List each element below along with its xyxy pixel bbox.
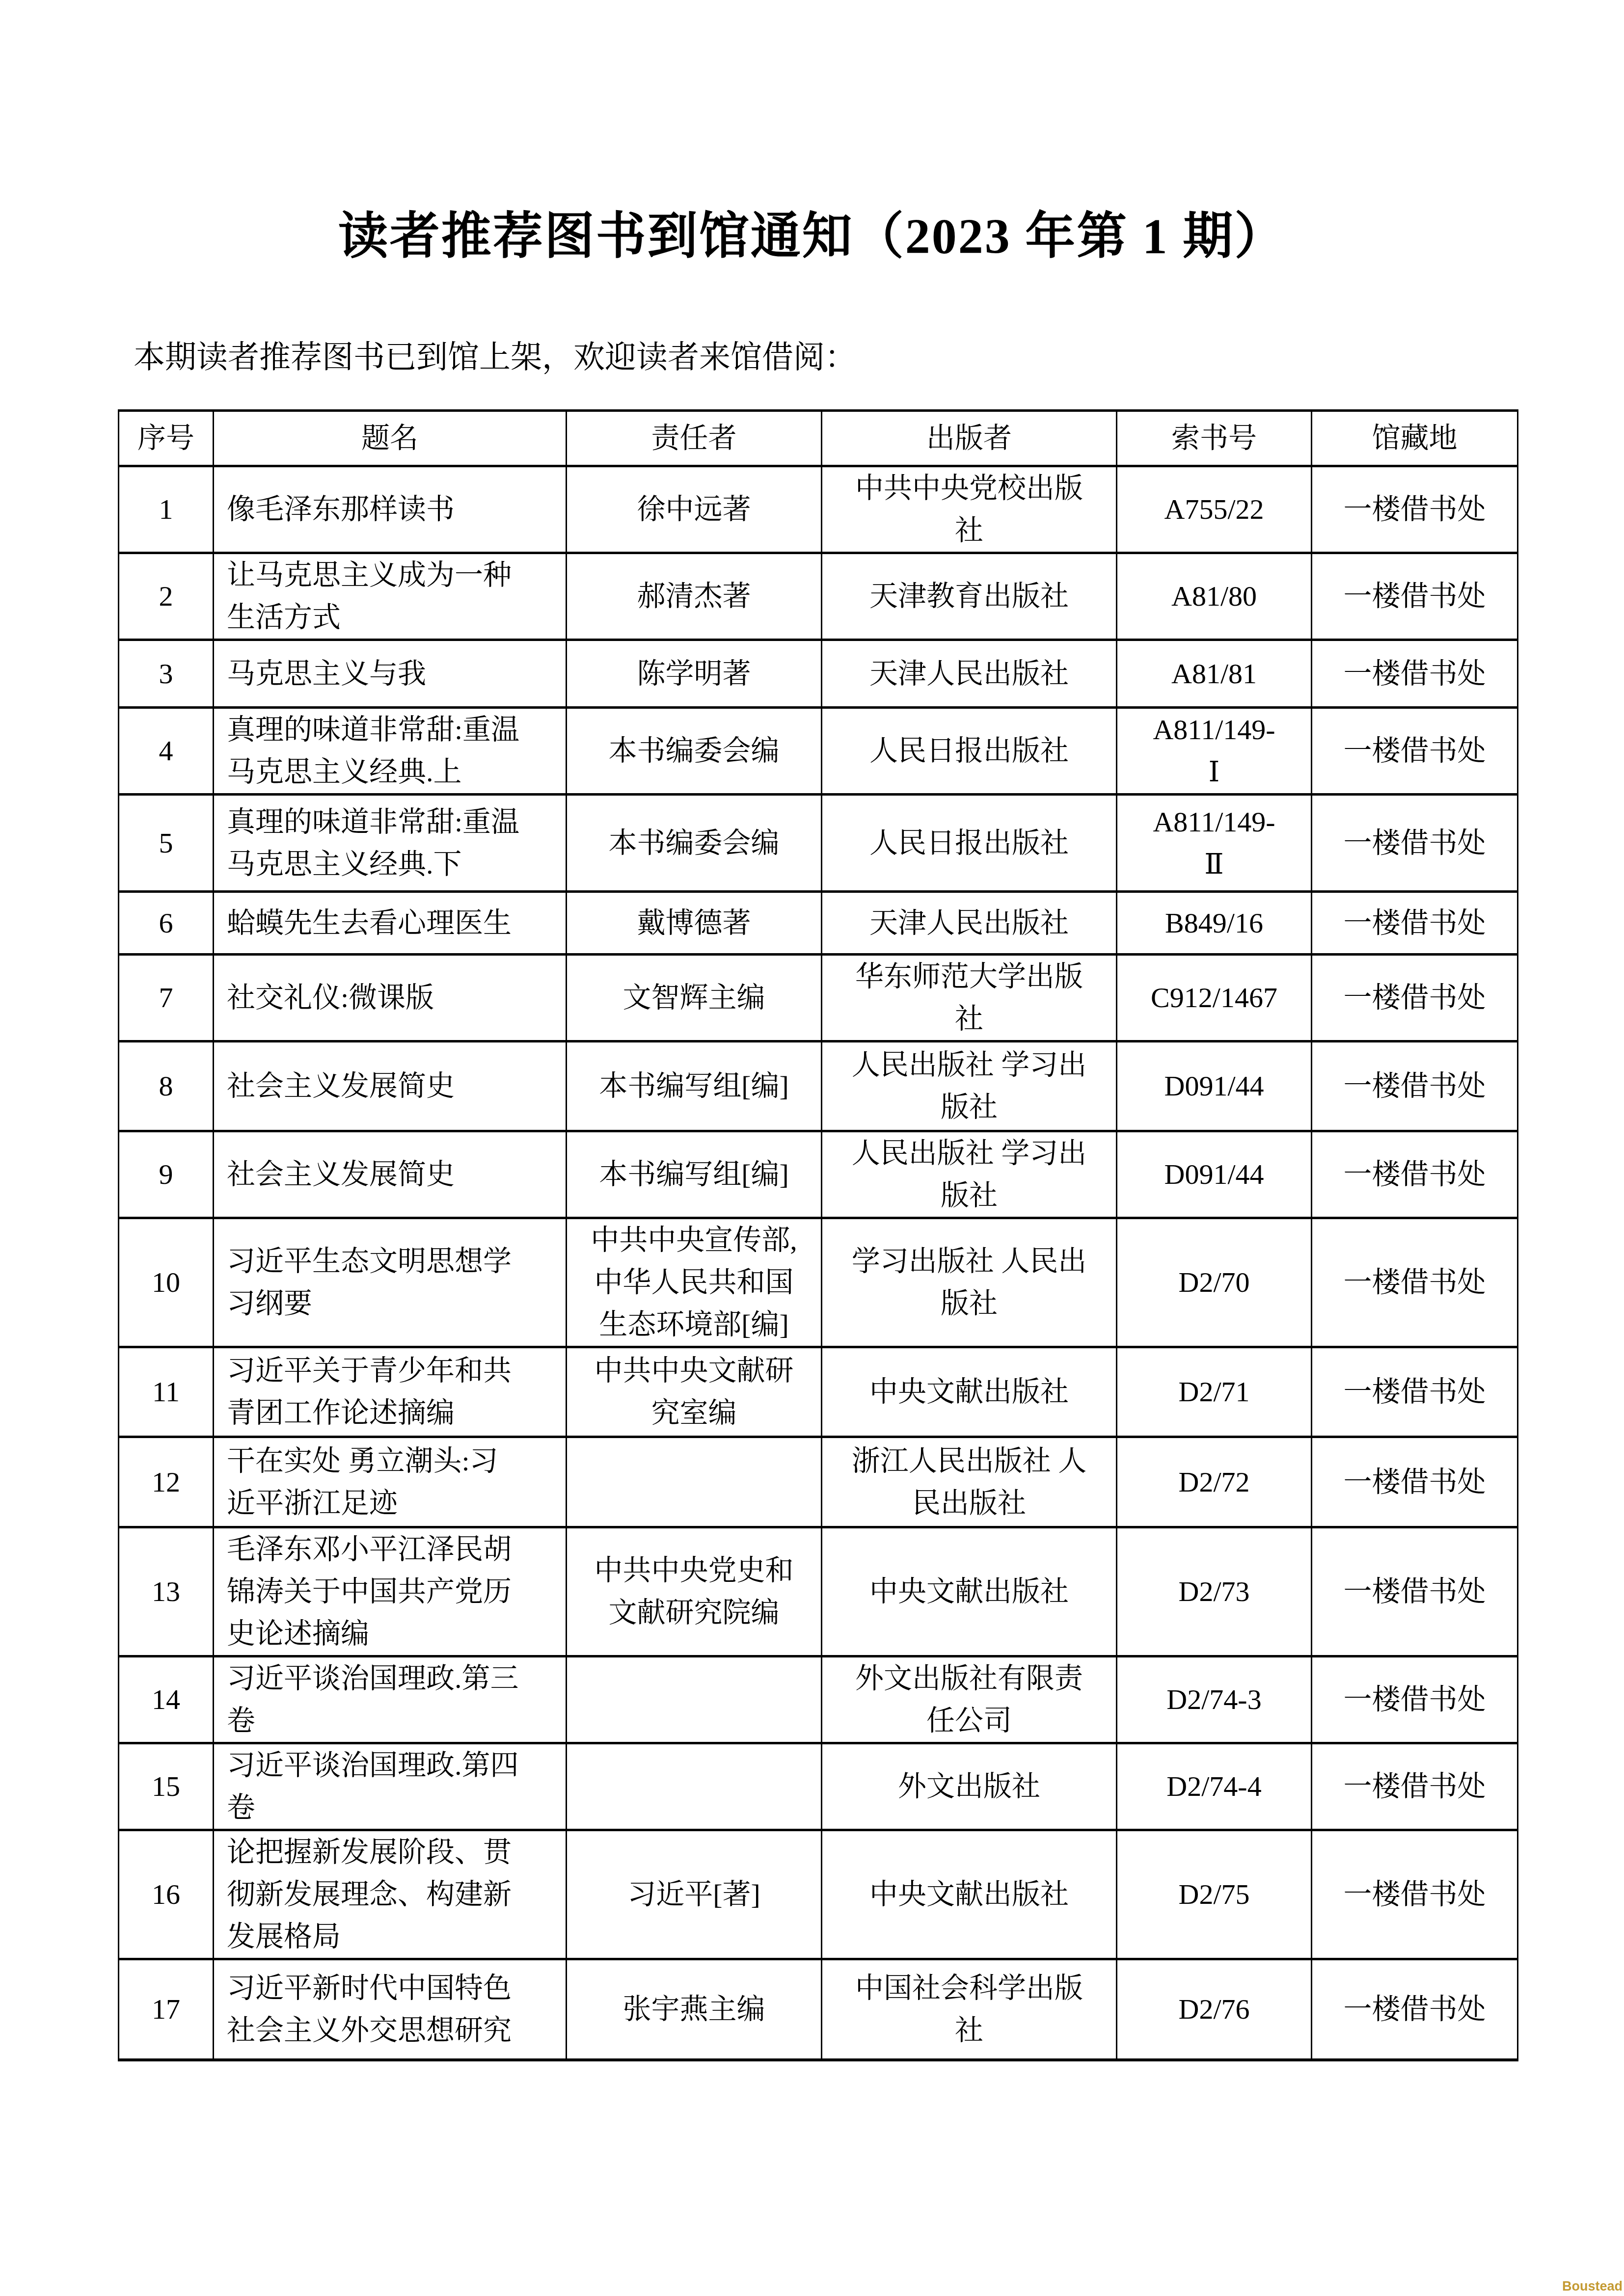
cell-serial-number: 11 bbox=[119, 1347, 214, 1437]
cell-serial-number: 1 bbox=[119, 466, 214, 553]
cell-title: 蛤蟆先生去看心理医生 bbox=[214, 892, 567, 955]
cell-serial-number: 3 bbox=[119, 640, 214, 708]
cell-call-number: D2/76 bbox=[1117, 1959, 1312, 2060]
cell-title: 让马克思主义成为一种 生活方式 bbox=[214, 553, 567, 640]
cell-call-number: A81/80 bbox=[1117, 553, 1312, 640]
table-row: 14习近平谈治国理政.第三 卷外文出版社有限责 任公司D2/74-3一楼借书处 bbox=[119, 1656, 1518, 1743]
header-cell-title: 题名 bbox=[214, 411, 567, 466]
cell-location: 一楼借书处 bbox=[1312, 795, 1518, 892]
table-row: 1像毛泽东那样读书徐中远著中共中央党校出版 社A755/22一楼借书处 bbox=[119, 466, 1518, 553]
cell-call-number: D2/75 bbox=[1117, 1830, 1312, 1959]
cell-location: 一楼借书处 bbox=[1312, 1656, 1518, 1743]
recommended-books-table: 序号 题名 责任者 出版者 索书号 馆藏地 1像毛泽东那样读书徐中远著中共中央党… bbox=[118, 409, 1518, 2061]
cell-author: 习近平[著] bbox=[567, 1830, 822, 1959]
table-row: 17习近平新时代中国特色 社会主义外交思想研究张宇燕主编中国社会科学出版 社D2… bbox=[119, 1959, 1518, 2060]
cell-title: 习近平关于青少年和共 青团工作论述摘编 bbox=[214, 1347, 567, 1437]
table-row: 8社会主义发展简史本书编写组[编]人民出版社 学习出 版社D091/44一楼借书… bbox=[119, 1041, 1518, 1131]
cell-author: 中共中央文献研 究室编 bbox=[567, 1347, 822, 1437]
cell-publisher: 华东师范大学出版 社 bbox=[822, 955, 1117, 1041]
cell-publisher: 人民日报出版社 bbox=[822, 708, 1117, 795]
cell-serial-number: 9 bbox=[119, 1131, 214, 1218]
cell-title: 习近平谈治国理政.第三 卷 bbox=[214, 1656, 567, 1743]
cell-title: 习近平生态文明思想学 习纲要 bbox=[214, 1218, 567, 1347]
cell-call-number: A81/81 bbox=[1117, 640, 1312, 708]
cell-publisher: 中国社会科学出版 社 bbox=[822, 1959, 1117, 2060]
cell-author: 陈学明著 bbox=[567, 640, 822, 708]
cell-serial-number: 15 bbox=[119, 1743, 214, 1830]
page-root: 读者推荐图书到馆通知（2023 年第 1 期） 本期读者推荐图书已到馆上架，欢迎… bbox=[0, 0, 1624, 2296]
cell-call-number: A811/149- Ⅰ bbox=[1117, 708, 1312, 795]
table-row: 3马克思主义与我陈学明著天津人民出版社A81/81一楼借书处 bbox=[119, 640, 1518, 708]
table-row: 13毛泽东邓小平江泽民胡 锦涛关于中国共产党历 史论述摘编中共中央党史和 文献研… bbox=[119, 1527, 1518, 1656]
cell-publisher: 浙江人民出版社 人 民出版社 bbox=[822, 1437, 1117, 1527]
cell-publisher: 外文出版社 bbox=[822, 1743, 1117, 1830]
cell-location: 一楼借书处 bbox=[1312, 640, 1518, 708]
cell-author: 本书编委会编 bbox=[567, 795, 822, 892]
cell-serial-number: 14 bbox=[119, 1656, 214, 1743]
table-row: 6蛤蟆先生去看心理医生戴博德著天津人民出版社B849/16一楼借书处 bbox=[119, 892, 1518, 955]
cell-publisher: 天津人民出版社 bbox=[822, 892, 1117, 955]
cell-call-number: A811/149- Ⅱ bbox=[1117, 795, 1312, 892]
cell-call-number: D091/44 bbox=[1117, 1041, 1312, 1131]
cell-title: 社会主义发展简史 bbox=[214, 1131, 567, 1218]
table-row: 7社交礼仪:微课版文智辉主编华东师范大学出版 社C912/1467一楼借书处 bbox=[119, 955, 1518, 1041]
header-cell-serial-number: 序号 bbox=[119, 411, 214, 466]
cell-serial-number: 12 bbox=[119, 1437, 214, 1527]
cell-author bbox=[567, 1656, 822, 1743]
cell-author: 徐中远著 bbox=[567, 466, 822, 553]
cell-location: 一楼借书处 bbox=[1312, 1959, 1518, 2060]
cell-call-number: B849/16 bbox=[1117, 892, 1312, 955]
cell-title: 习近平谈治国理政.第四 卷 bbox=[214, 1743, 567, 1830]
cell-call-number: D2/73 bbox=[1117, 1527, 1312, 1656]
table-row: 2让马克思主义成为一种 生活方式郝清杰著天津教育出版社A81/80一楼借书处 bbox=[119, 553, 1518, 640]
cell-author: 本书编委会编 bbox=[567, 708, 822, 795]
table-row: 11习近平关于青少年和共 青团工作论述摘编中共中央文献研 究室编中央文献出版社D… bbox=[119, 1347, 1518, 1437]
table-row: 5真理的味道非常甜:重温 马克思主义经典.下本书编委会编人民日报出版社A811/… bbox=[119, 795, 1518, 892]
intro-text: 本期读者推荐图书已到馆上架，欢迎读者来馆借阅： bbox=[134, 339, 856, 376]
cell-serial-number: 5 bbox=[119, 795, 214, 892]
cell-serial-number: 16 bbox=[119, 1830, 214, 1959]
cell-serial-number: 13 bbox=[119, 1527, 214, 1656]
cell-location: 一楼借书处 bbox=[1312, 955, 1518, 1041]
cell-publisher: 中央文献出版社 bbox=[822, 1347, 1117, 1437]
cell-serial-number: 8 bbox=[119, 1041, 214, 1131]
cell-author: 文智辉主编 bbox=[567, 955, 822, 1041]
cell-location: 一楼借书处 bbox=[1312, 1347, 1518, 1437]
cell-author: 本书编写组[编] bbox=[567, 1041, 822, 1131]
cell-call-number: A755/22 bbox=[1117, 466, 1312, 553]
cell-publisher: 天津人民出版社 bbox=[822, 640, 1117, 708]
watermark-text: Boustead bbox=[1562, 2280, 1623, 2293]
cell-location: 一楼借书处 bbox=[1312, 1437, 1518, 1527]
cell-call-number: C912/1467 bbox=[1117, 955, 1312, 1041]
cell-location: 一楼借书处 bbox=[1312, 1743, 1518, 1830]
cell-publisher: 学习出版社 人民出 版社 bbox=[822, 1218, 1117, 1347]
table-row: 12干在实处 勇立潮头:习 近平浙江足迹浙江人民出版社 人 民出版社D2/72一… bbox=[119, 1437, 1518, 1527]
cell-publisher: 中央文献出版社 bbox=[822, 1830, 1117, 1959]
cell-serial-number: 7 bbox=[119, 955, 214, 1041]
cell-author: 本书编写组[编] bbox=[567, 1131, 822, 1218]
cell-title: 真理的味道非常甜:重温 马克思主义经典.上 bbox=[214, 708, 567, 795]
cell-serial-number: 17 bbox=[119, 1959, 214, 2060]
cell-title: 马克思主义与我 bbox=[214, 640, 567, 708]
cell-author: 中共中央宣传部, 中华人民共和国 生态环境部[编] bbox=[567, 1218, 822, 1347]
cell-location: 一楼借书处 bbox=[1312, 1218, 1518, 1347]
cell-serial-number: 10 bbox=[119, 1218, 214, 1347]
table-row: 9社会主义发展简史本书编写组[编]人民出版社 学习出 版社D091/44一楼借书… bbox=[119, 1131, 1518, 1218]
cell-call-number: D2/70 bbox=[1117, 1218, 1312, 1347]
cell-call-number: D2/72 bbox=[1117, 1437, 1312, 1527]
cell-call-number: D2/71 bbox=[1117, 1347, 1312, 1437]
cell-location: 一楼借书处 bbox=[1312, 1131, 1518, 1218]
cell-author: 戴博德著 bbox=[567, 892, 822, 955]
cell-location: 一楼借书处 bbox=[1312, 466, 1518, 553]
cell-title: 社会主义发展简史 bbox=[214, 1041, 567, 1131]
cell-location: 一楼借书处 bbox=[1312, 1830, 1518, 1959]
cell-author: 郝清杰著 bbox=[567, 553, 822, 640]
cell-publisher: 中央文献出版社 bbox=[822, 1527, 1117, 1656]
cell-publisher: 天津教育出版社 bbox=[822, 553, 1117, 640]
cell-author bbox=[567, 1437, 822, 1527]
table-header-row: 序号 题名 责任者 出版者 索书号 馆藏地 bbox=[119, 411, 1518, 466]
cell-serial-number: 4 bbox=[119, 708, 214, 795]
cell-title: 干在实处 勇立潮头:习 近平浙江足迹 bbox=[214, 1437, 567, 1527]
cell-call-number: D2/74-3 bbox=[1117, 1656, 1312, 1743]
cell-publisher: 中共中央党校出版 社 bbox=[822, 466, 1117, 553]
cell-publisher: 人民出版社 学习出 版社 bbox=[822, 1131, 1117, 1218]
cell-publisher: 外文出版社有限责 任公司 bbox=[822, 1656, 1117, 1743]
cell-publisher: 人民出版社 学习出 版社 bbox=[822, 1041, 1117, 1131]
cell-title: 像毛泽东那样读书 bbox=[214, 466, 567, 553]
cell-serial-number: 6 bbox=[119, 892, 214, 955]
cell-title: 论把握新发展阶段、贯 彻新发展理念、构建新 发展格局 bbox=[214, 1830, 567, 1959]
cell-serial-number: 2 bbox=[119, 553, 214, 640]
header-cell-publisher: 出版者 bbox=[822, 411, 1117, 466]
cell-author: 张宇燕主编 bbox=[567, 1959, 822, 2060]
cell-author bbox=[567, 1743, 822, 1830]
cell-location: 一楼借书处 bbox=[1312, 1527, 1518, 1656]
cell-title: 毛泽东邓小平江泽民胡 锦涛关于中国共产党历 史论述摘编 bbox=[214, 1527, 567, 1656]
cell-title: 社交礼仪:微课版 bbox=[214, 955, 567, 1041]
header-cell-author: 责任者 bbox=[567, 411, 822, 466]
header-cell-location: 馆藏地 bbox=[1312, 411, 1518, 466]
table-row: 15习近平谈治国理政.第四 卷外文出版社D2/74-4一楼借书处 bbox=[119, 1743, 1518, 1830]
cell-call-number: D2/74-4 bbox=[1117, 1743, 1312, 1830]
cell-location: 一楼借书处 bbox=[1312, 892, 1518, 955]
table-row: 10习近平生态文明思想学 习纲要中共中央宣传部, 中华人民共和国 生态环境部[编… bbox=[119, 1218, 1518, 1347]
cell-publisher: 人民日报出版社 bbox=[822, 795, 1117, 892]
cell-title: 习近平新时代中国特色 社会主义外交思想研究 bbox=[214, 1959, 567, 2060]
cell-call-number: D091/44 bbox=[1117, 1131, 1312, 1218]
cell-location: 一楼借书处 bbox=[1312, 1041, 1518, 1131]
header-cell-call-number: 索书号 bbox=[1117, 411, 1312, 466]
cell-title: 真理的味道非常甜:重温 马克思主义经典.下 bbox=[214, 795, 567, 892]
table-row: 16论把握新发展阶段、贯 彻新发展理念、构建新 发展格局习近平[著]中央文献出版… bbox=[119, 1830, 1518, 1959]
document-title: 读者推荐图书到馆通知（2023 年第 1 期） bbox=[0, 196, 1624, 268]
cell-location: 一楼借书处 bbox=[1312, 553, 1518, 640]
table-row: 4真理的味道非常甜:重温 马克思主义经典.上本书编委会编人民日报出版社A811/… bbox=[119, 708, 1518, 795]
cell-location: 一楼借书处 bbox=[1312, 708, 1518, 795]
cell-author: 中共中央党史和 文献研究院编 bbox=[567, 1527, 822, 1656]
